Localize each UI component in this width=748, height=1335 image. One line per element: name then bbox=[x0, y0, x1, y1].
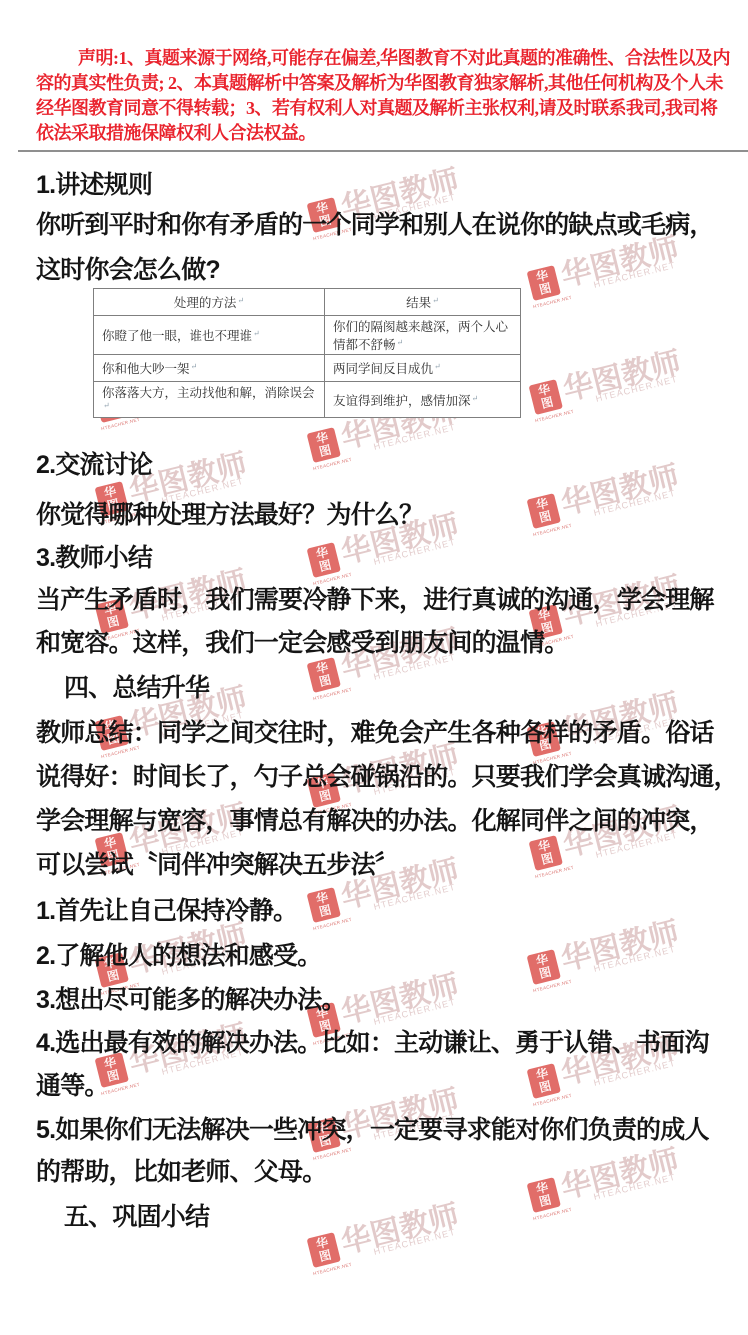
cell-text: 你瞪了他一眼，谁也不理谁 bbox=[102, 329, 252, 343]
cell-method: 你和他大吵一架↵ bbox=[94, 355, 325, 382]
disclaimer-line: 容的真实性负责; 2、本真题解析中答案及解析为华图教育独家解析,其他任何机构及个… bbox=[36, 69, 726, 95]
paragraph-end-mark: ↵ bbox=[253, 329, 260, 338]
paragraph-end-mark: ↵ bbox=[397, 338, 404, 347]
list-item-4: 4.选出最有效的解决办法。比如：主动谦让、勇于认错、书面沟 bbox=[36, 1023, 709, 1059]
section-heading-5: 五、巩固小结 bbox=[64, 1197, 209, 1233]
list-item-3: 3.想出尽可能多的解决办法。 bbox=[36, 980, 346, 1016]
cell-text: 你和他大吵一架 bbox=[102, 362, 190, 376]
paragraph-end-mark: ↵ bbox=[432, 296, 439, 305]
table-header-row: 处理的方法↵ 结果↵ bbox=[94, 289, 521, 316]
paragraph-line: 可以尝试〝同伴冲突解决五步法〞 bbox=[36, 845, 399, 881]
paragraph-line: 说得好：时间长了，勺子总会碰锅沿的。只要我们学会真诚沟通， bbox=[36, 757, 738, 793]
cell-text: 友谊得到维护，感情加深 bbox=[333, 394, 471, 408]
cell-result: 两同学间反目成仇↵ bbox=[325, 355, 521, 382]
table-header-result-label: 结果 bbox=[406, 296, 431, 310]
table-body: 你瞪了他一眼，谁也不理谁↵你们的隔阂越来越深，两个人心情都不舒畅↵你和他大吵一架… bbox=[94, 316, 521, 418]
heading-step3: 3.教师小结 bbox=[36, 538, 152, 574]
cell-method: 你落落大方，主动找他和解，消除误会↵ bbox=[94, 382, 325, 418]
table-header-method: 处理的方法↵ bbox=[94, 289, 325, 316]
paragraph-end-mark: ↵ bbox=[237, 296, 244, 305]
list-item-4-cont: 通等。 bbox=[36, 1066, 109, 1102]
paragraph-end-mark: ↵ bbox=[472, 394, 479, 403]
paragraph-line: 你觉得哪种处理方法最好？为什么？ bbox=[36, 495, 423, 531]
cell-text: 你落落大方，主动找他和解，消除误会 bbox=[102, 386, 315, 400]
disclaimer-line: 依法采取措施保障权利人合法权益。 bbox=[36, 119, 726, 145]
paragraph-end-mark: ↵ bbox=[103, 401, 110, 410]
list-item-5-cont: 的帮助，比如老师、父母。 bbox=[36, 1152, 326, 1188]
section-heading-4: 四、总结升华 bbox=[64, 668, 209, 704]
paragraph-line: 和宽容。这样，我们一定会感受到朋友间的温情。 bbox=[36, 623, 568, 659]
table-row: 你和他大吵一架↵两同学间反目成仇↵ bbox=[94, 355, 521, 382]
paragraph-line: 学会理解与宽容，事情总有解决的办法。化解同伴之间的冲突， bbox=[36, 801, 714, 837]
paragraph-end-mark: ↵ bbox=[434, 362, 441, 371]
heading-step2: 2.交流讨论 bbox=[36, 445, 152, 481]
disclaimer-line: 经华图教育同意不得转载；3、若有权利人对真题及解析主张权利,请及时联系我司,我司… bbox=[36, 94, 726, 120]
table-header-result: 结果↵ bbox=[325, 289, 521, 316]
separator-line bbox=[18, 150, 748, 152]
list-item-2: 2.了解他人的想法和感受。 bbox=[36, 936, 321, 972]
paragraph-line: 你听到平时和你有矛盾的一个同学和别人在说你的缺点或毛病， bbox=[36, 205, 714, 241]
cell-method: 你瞪了他一眼，谁也不理谁↵ bbox=[94, 316, 325, 355]
table-row: 你落落大方，主动找他和解，消除误会↵友谊得到维护，感情加深↵ bbox=[94, 382, 521, 418]
table-row: 你瞪了他一眼，谁也不理谁↵你们的隔阂越来越深，两个人心情都不舒畅↵ bbox=[94, 316, 521, 355]
paragraph-line: 当产生矛盾时，我们需要冷静下来，进行真诚的沟通，学会理解 bbox=[36, 580, 714, 616]
cell-result: 友谊得到维护，感情加深↵ bbox=[325, 382, 521, 418]
paragraph-line: 教师总结：同学之间交往时，难免会产生各种各样的矛盾。俗话 bbox=[36, 713, 714, 749]
cell-text: 你们的隔阂越来越深，两个人心情都不舒畅 bbox=[333, 320, 508, 352]
paragraph-end-mark: ↵ bbox=[191, 362, 198, 371]
list-item-5: 5.如果你们无法解决一些冲突，一定要寻求能对你们负责的成人 bbox=[36, 1110, 709, 1146]
document-content: 声明:1、真题来源于网络,可能存在偏差,华图教育不对此真题的准确性、合法性以及内… bbox=[0, 0, 748, 1335]
method-result-table: 处理的方法↵ 结果↵ 你瞪了他一眼，谁也不理谁↵你们的隔阂越来越深，两个人心情都… bbox=[93, 288, 521, 418]
document-page: 华图HTEACHER.NET华图教师HTEACHER.NET华图HTEACHER… bbox=[0, 0, 748, 1335]
cell-text: 两同学间反目成仇 bbox=[333, 362, 433, 376]
heading-step1: 1.讲述规则 bbox=[36, 165, 152, 201]
cell-result: 你们的隔阂越来越深，两个人心情都不舒畅↵ bbox=[325, 316, 521, 355]
table-header-method-label: 处理的方法 bbox=[174, 296, 237, 310]
list-item-1: 1.首先让自己保持冷静。 bbox=[36, 891, 297, 927]
disclaimer-line: 声明:1、真题来源于网络,可能存在偏差,华图教育不对此真题的准确性、合法性以及内 bbox=[36, 44, 748, 70]
paragraph-line: 这时你会怎么做? bbox=[36, 250, 220, 286]
